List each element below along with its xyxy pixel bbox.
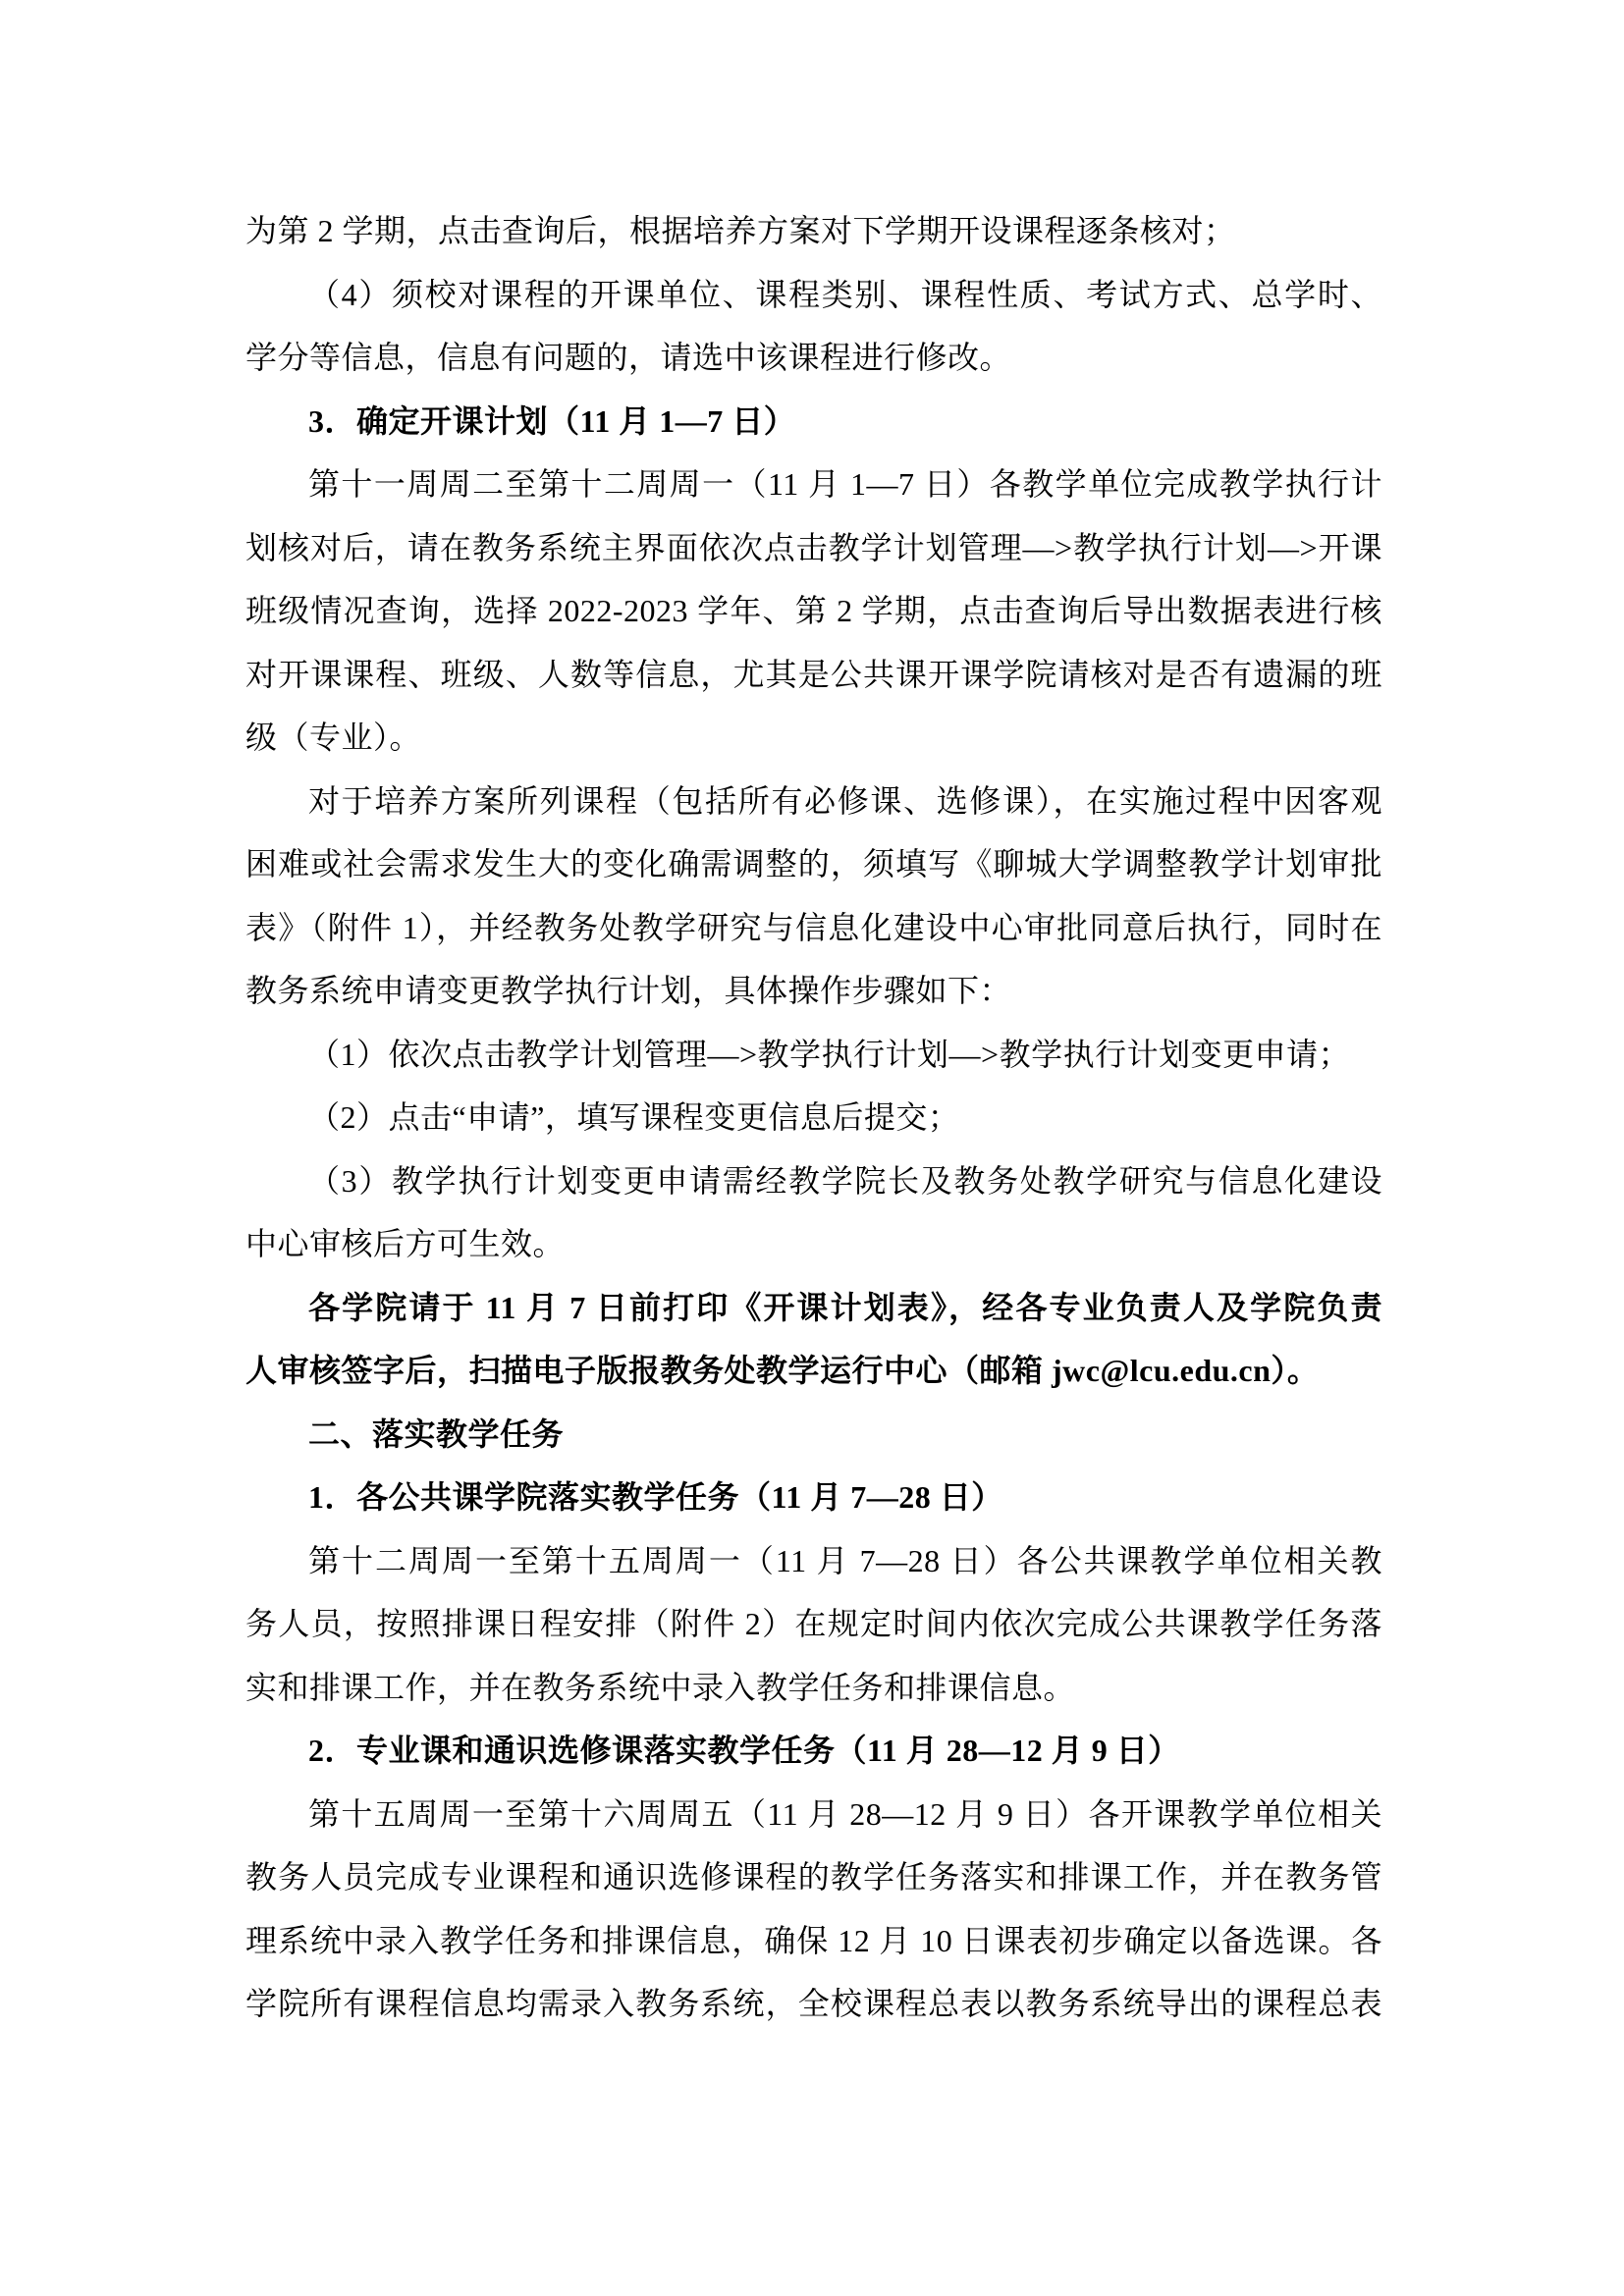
- document-text: 为第 2 学期，点击查询后，根据培养方案对下学期开设课程逐条核对；（4）须校对课…: [245, 199, 1382, 2036]
- text-line: 表》（附件 1），并经教务处教学研究与信息化建设中心审批同意后执行，同时在: [245, 896, 1382, 960]
- text-line: 理系统中录入教学任务和排课信息，确保 12 月 10 日课表初步确定以备选课。各: [245, 1909, 1382, 1973]
- text-line: 对于培养方案所列课程（包括所有必修课、选修课），在实施过程中因客观: [245, 770, 1382, 833]
- text-line: （1）依次点击教学计划管理—>教学执行计划—>教学执行计划变更申请；: [245, 1023, 1382, 1087]
- text-line: 对开课课程、班级、人数等信息，尤其是公共课开课学院请核对是否有遗漏的班: [245, 643, 1382, 707]
- text-line: （4）须校对课程的开课单位、课程类别、课程性质、考试方式、总学时、: [245, 263, 1382, 327]
- text-line: 实和排课工作，并在教务系统中录入教学任务和排课信息。: [245, 1656, 1382, 1720]
- text-line: 教务人员完成专业课程和通识选修课程的教学任务落实和排课工作，并在教务管: [245, 1845, 1382, 1909]
- text-line: 学院所有课程信息均需录入教务系统，全校课程总表以教务系统导出的课程总表: [245, 1972, 1382, 2036]
- text-line: （3）教学执行计划变更申请需经教学院长及教务处教学研究与信息化建设: [245, 1149, 1382, 1213]
- text-line: （2）点击“申请”，填写课程变更信息后提交；: [245, 1086, 1382, 1149]
- text-line: 第十一周周二至第十二周周一（11 月 1—7 日）各教学单位完成教学执行计: [245, 453, 1382, 516]
- text-line: 教务系统申请变更教学执行计划，具体操作步骤如下：: [245, 959, 1382, 1023]
- text-line: 划核对后，请在教务系统主界面依次点击教学计划管理—>教学执行计划—>开课: [245, 516, 1382, 580]
- text-line: 1．各公共课学院落实教学任务（11 月 7—28 日）: [245, 1466, 1382, 1529]
- text-line: 务人员，按照排课日程安排（附件 2）在规定时间内依次完成公共课教学任务落: [245, 1592, 1382, 1656]
- text-line: 人审核签字后，扫描电子版报教务处教学运行中心（邮箱 jwc@lcu.edu.cn…: [245, 1339, 1382, 1403]
- text-line: 2．专业课和通识选修课落实教学任务（11 月 28—12 月 9 日）: [245, 1719, 1382, 1783]
- text-line: 困难或社会需求发生大的变化确需调整的，须填写《聊城大学调整教学计划审批: [245, 832, 1382, 896]
- text-line: 级（专业）。: [245, 706, 1382, 770]
- text-line: 为第 2 学期，点击查询后，根据培养方案对下学期开设课程逐条核对；: [245, 199, 1382, 263]
- text-line: 3．确定开课计划（11 月 1—7 日）: [245, 390, 1382, 454]
- document-page: { "document": { "background_color": "#ff…: [0, 0, 1624, 2296]
- text-line: 第十二周周一至第十五周周一（11 月 7—28 日）各公共课教学单位相关教: [245, 1529, 1382, 1593]
- text-line: 班级情况查询，选择 2022-2023 学年、第 2 学期，点击查询后导出数据表…: [245, 579, 1382, 643]
- text-line: 学分等信息，信息有问题的，请选中该课程进行修改。: [245, 326, 1382, 390]
- text-line: 中心审核后方可生效。: [245, 1212, 1382, 1276]
- text-line: 各学院请于 11 月 7 日前打印《开课计划表》，经各专业负责人及学院负责: [245, 1276, 1382, 1340]
- text-line: 第十五周周一至第十六周周五（11 月 28—12 月 9 日）各开课教学单位相关: [245, 1783, 1382, 1846]
- text-line: 二、落实教学任务: [245, 1403, 1382, 1467]
